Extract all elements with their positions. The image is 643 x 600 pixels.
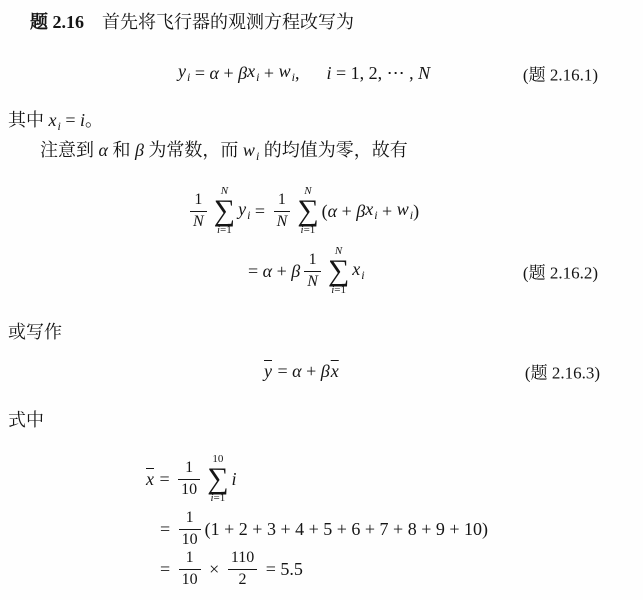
math-text: 1 xyxy=(185,459,193,476)
fraction-numerator: 1 xyxy=(183,509,197,528)
math-text: = xyxy=(273,361,292,382)
math-text: = xyxy=(155,469,174,490)
fraction-numerator: 1 xyxy=(183,549,197,568)
math-text: 和 xyxy=(108,140,135,160)
math-bar-var: x xyxy=(330,361,340,382)
var-base: y xyxy=(238,199,246,219)
math-text: α xyxy=(210,63,219,84)
equation-mean-derivation-line1: 1NN∑i=1yi = 1NN∑i=1(α + βxi + wi) xyxy=(0,183,643,239)
math-text: 1 xyxy=(186,509,194,526)
sigma-icon: ∑ xyxy=(214,198,235,224)
fraction-denominator: N xyxy=(304,272,321,291)
math-text: 首先将飞行器的观测方程改写为 xyxy=(84,12,354,32)
fraction-numerator: 1 xyxy=(182,459,196,478)
math-text: α xyxy=(328,201,337,222)
sigma-icon: ∑ xyxy=(207,466,228,492)
math-text: α xyxy=(263,261,272,282)
math-text: 1 xyxy=(186,549,194,566)
var-base: w xyxy=(279,61,291,81)
equation-xbar-line3: = 110 × 1102 = 5.5 xyxy=(0,548,643,590)
math-subscripted-var: wi xyxy=(279,61,295,85)
equation-tag-2-16-2: (题 2.16.2) xyxy=(523,259,598,284)
math-subscripted-var: xi xyxy=(365,199,377,223)
math-text: = xyxy=(250,201,269,222)
math-fraction: 1N xyxy=(274,191,291,231)
equation-xbar-line2: = 110(1 + 2 + 3 + 4 + 5 + 6 + 7 + 8 + 9 … xyxy=(0,510,643,548)
fraction-numerator: 1 xyxy=(306,251,320,270)
sigma-icon: ∑ xyxy=(328,258,349,284)
var-subscript: i xyxy=(361,268,364,282)
fraction-numerator: 1 xyxy=(275,191,289,210)
math-text: = xyxy=(160,559,175,580)
math-text: 1 xyxy=(278,191,286,208)
math-text: =1 xyxy=(304,224,316,236)
math-text: β xyxy=(291,261,300,282)
equation-observation-model-row: yi = α + βxi + wi, i = 1, 2, ⋯ , N (题 2.… xyxy=(0,56,643,90)
math-summation: N∑i=1 xyxy=(328,245,349,297)
math-text: 为常数，而 xyxy=(144,140,243,160)
math-text: N xyxy=(277,213,288,230)
math-text: N xyxy=(307,273,318,290)
math-text: + xyxy=(219,63,238,84)
math-text: = xyxy=(248,261,263,282)
var-base: w xyxy=(397,199,409,219)
sum-lower-limit: i=1 xyxy=(331,284,346,297)
sum-lower-limit: i=1 xyxy=(217,224,232,237)
math-text: = 5.5 xyxy=(261,559,303,580)
math-text: =1 xyxy=(334,284,346,296)
math-text: × xyxy=(205,559,224,580)
math-text: 或写作 xyxy=(8,322,62,342)
math-text: β xyxy=(356,201,365,222)
math-text: 。 xyxy=(85,110,103,130)
math-text: β xyxy=(135,140,144,160)
math-text: = 1, 2, ⋯ , xyxy=(331,63,418,84)
paragraph-where-xi: 其中 xi = i。 xyxy=(8,109,103,137)
math-fraction: 1102 xyxy=(228,549,257,589)
math-text: 注意到 xyxy=(40,140,99,160)
math-text: 的均值为零，故有 xyxy=(259,140,408,160)
math-text: , xyxy=(295,63,327,84)
math-text: + xyxy=(302,361,321,382)
paragraph-in-which: 式中 xyxy=(8,409,44,431)
math-text: 1 xyxy=(309,251,317,268)
equation-xbar-line1: x = 11010∑i=1i xyxy=(0,450,643,508)
math-subscripted-var: wi xyxy=(243,139,259,167)
math-text: = xyxy=(61,110,80,130)
var-base: x xyxy=(352,259,360,279)
math-text: 题 2.16 xyxy=(30,12,84,32)
equation-mean-derivation-line2-row: = α + β1NN∑i=1xi (题 2.16.2) xyxy=(0,243,643,299)
equation-tag-2-16-1: (题 2.16.1) xyxy=(523,61,598,86)
math-text: β xyxy=(238,63,247,84)
math-text: 式中 xyxy=(8,410,44,430)
math-text: 其中 xyxy=(8,110,49,130)
math-fraction: 110 xyxy=(179,509,201,549)
paragraph-problem-intro: 题 2.16 首先将飞行器的观测方程改写为 xyxy=(30,11,354,33)
math-text: α xyxy=(99,140,108,160)
paragraph-or-written-as: 或写作 xyxy=(8,321,62,343)
math-subscripted-var: xi xyxy=(49,109,61,137)
math-fraction: 1N xyxy=(190,191,207,231)
math-subscripted-var: wi xyxy=(397,199,413,223)
math-fraction: 110 xyxy=(179,549,201,589)
fraction-denominator: N xyxy=(190,212,207,231)
sum-lower-limit: i=1 xyxy=(301,224,316,237)
var-base: w xyxy=(243,140,255,160)
var-base: x xyxy=(365,199,373,219)
var-base: y xyxy=(178,61,186,81)
math-text: ) xyxy=(413,201,419,222)
fraction-numerator: 1 xyxy=(191,191,205,210)
math-text: N xyxy=(418,63,430,84)
math-text: = xyxy=(190,63,209,84)
fraction-denominator: 10 xyxy=(179,570,201,589)
math-text: N xyxy=(193,213,204,230)
fraction-numerator: 110 xyxy=(228,549,257,568)
math-text: i xyxy=(232,469,237,490)
math-text: =1 xyxy=(220,224,232,236)
math-text: (1 + 2 + 3 + 4 + 5 + 6 + 7 + 8 + 9 + 10) xyxy=(205,519,488,540)
math-text: + xyxy=(259,63,278,84)
math-summation: N∑i=1 xyxy=(297,185,318,237)
math-text: 10 xyxy=(181,481,197,498)
math-text: 1 xyxy=(194,191,202,208)
sum-lower-limit: i=1 xyxy=(210,492,225,505)
math-summation: N∑i=1 xyxy=(214,185,235,237)
math-bar-var: x xyxy=(145,469,155,490)
sigma-icon: ∑ xyxy=(297,198,318,224)
math-summation: 10∑i=1 xyxy=(207,453,228,505)
equation-mean-form-row: y = α + βx (题 2.16.3) xyxy=(0,354,643,388)
paragraph-note-constants: 注意到 α 和 β 为常数，而 wi 的均值为零，故有 xyxy=(40,139,408,167)
var-base: x xyxy=(49,110,57,130)
math-text: + xyxy=(378,201,397,222)
equation-tag-2-16-3: (题 2.16.3) xyxy=(525,359,600,384)
document-page: 题 2.16 首先将飞行器的观测方程改写为 yi = α + βxi + wi,… xyxy=(0,0,643,600)
fraction-denominator: 2 xyxy=(236,570,250,589)
math-text: β xyxy=(321,361,330,382)
math-text: = xyxy=(160,519,175,540)
math-text: 10 xyxy=(182,531,198,548)
fraction-denominator: 10 xyxy=(178,480,200,499)
math-fraction: 1N xyxy=(304,251,321,291)
var-base: x xyxy=(247,61,255,81)
math-text: + xyxy=(337,201,356,222)
math-text: =1 xyxy=(214,492,226,504)
math-bar-var: y xyxy=(263,361,273,382)
math-subscripted-var: xi xyxy=(247,61,259,85)
math-fraction: 110 xyxy=(178,459,200,499)
math-subscripted-var: yi xyxy=(238,199,250,223)
math-subscripted-var: xi xyxy=(352,259,364,283)
fraction-denominator: 10 xyxy=(179,530,201,549)
math-text: + xyxy=(272,261,291,282)
fraction-denominator: N xyxy=(274,212,291,231)
math-text: 2 xyxy=(239,571,247,588)
math-text: 10 xyxy=(182,571,198,588)
math-subscripted-var: yi xyxy=(178,61,190,85)
math-text: α xyxy=(292,361,301,382)
math-text: 110 xyxy=(231,549,254,566)
